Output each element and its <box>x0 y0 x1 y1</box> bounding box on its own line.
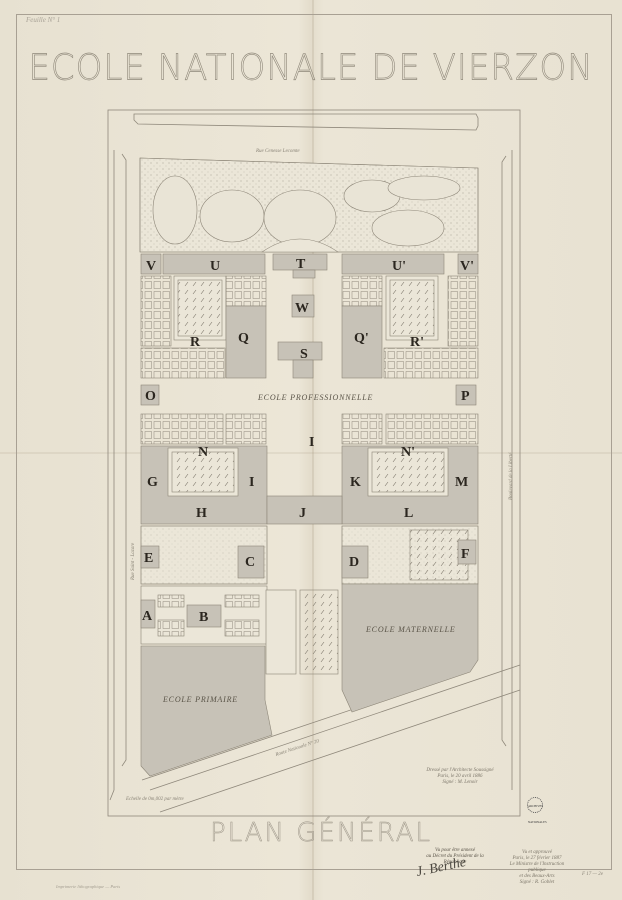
svg-text:Rue Saint - Lazare: Rue Saint - Lazare <box>131 542 136 581</box>
printer-mark: Imprimerie lithographique — Paris <box>56 884 120 889</box>
garden <box>140 158 478 252</box>
svg-text:ECOLE PRIMAIRE: ECOLE PRIMAIRE <box>162 695 238 704</box>
svg-text:Q: Q <box>238 331 249 346</box>
svg-text:J: J <box>299 506 306 521</box>
svg-text:A: A <box>142 609 153 624</box>
scale-note: Echelle de 0m,002 par mètre <box>125 797 184 802</box>
site-plan: V U T U' V' W S R Q Q' R' O P N N' I G I… <box>0 0 622 900</box>
svg-text:O: O <box>145 389 156 404</box>
svg-text:D: D <box>349 555 359 570</box>
svg-text:Boulevard de la Liberté: Boulevard de la Liberté <box>509 452 514 500</box>
svg-text:I: I <box>309 435 314 450</box>
svg-text:Rue Cenesse Lecomte: Rue Cenesse Lecomte <box>255 149 300 154</box>
svg-text:K: K <box>350 475 361 490</box>
svg-text:V: V <box>146 259 156 274</box>
svg-text:U': U' <box>392 259 406 274</box>
svg-text:Route Nationale N° 20: Route Nationale N° 20 <box>274 739 320 758</box>
svg-text:C: C <box>245 555 255 570</box>
svg-text:H: H <box>196 506 207 521</box>
svg-text:V': V' <box>460 259 474 274</box>
decree-note: Vu et approuvé Paris, le 27 février 1887… <box>502 850 572 886</box>
svg-text:ECOLE PROFESSIONNELLE: ECOLE PROFESSIONNELLE <box>257 393 373 402</box>
svg-text:R: R <box>190 335 201 350</box>
reference-code: F 17 — 2e <box>582 872 603 877</box>
lower-section <box>141 526 478 584</box>
svg-text:Q': Q' <box>354 331 369 346</box>
svg-text:T: T <box>296 257 306 272</box>
svg-text:W: W <box>295 301 309 316</box>
archive-stamp: ARCHIVES NATIONALES <box>527 797 543 813</box>
svg-text:N: N <box>198 445 208 460</box>
svg-text:B: B <box>199 610 208 625</box>
svg-text:ECOLE MATERNELLE: ECOLE MATERNELLE <box>365 625 456 634</box>
svg-text:G: G <box>147 475 158 490</box>
svg-text:M: M <box>455 475 468 490</box>
svg-text:U: U <box>210 259 220 274</box>
ecole-primaire-area <box>141 646 272 776</box>
svg-text:E: E <box>144 551 153 566</box>
middle-block <box>141 446 478 524</box>
svg-text:P: P <box>461 389 470 404</box>
svg-text:S: S <box>300 347 308 362</box>
svg-text:N': N' <box>401 445 415 460</box>
svg-text:F: F <box>461 547 470 562</box>
plan-title: PLAN GÉNÉRAL <box>210 818 432 848</box>
svg-text:L: L <box>404 506 413 521</box>
svg-text:I: I <box>249 475 254 490</box>
architect-note: Dressé par l'Architecte Soussigné Paris,… <box>420 768 500 786</box>
svg-text:R': R' <box>410 335 424 350</box>
ecole-maternelle-area <box>342 584 478 712</box>
